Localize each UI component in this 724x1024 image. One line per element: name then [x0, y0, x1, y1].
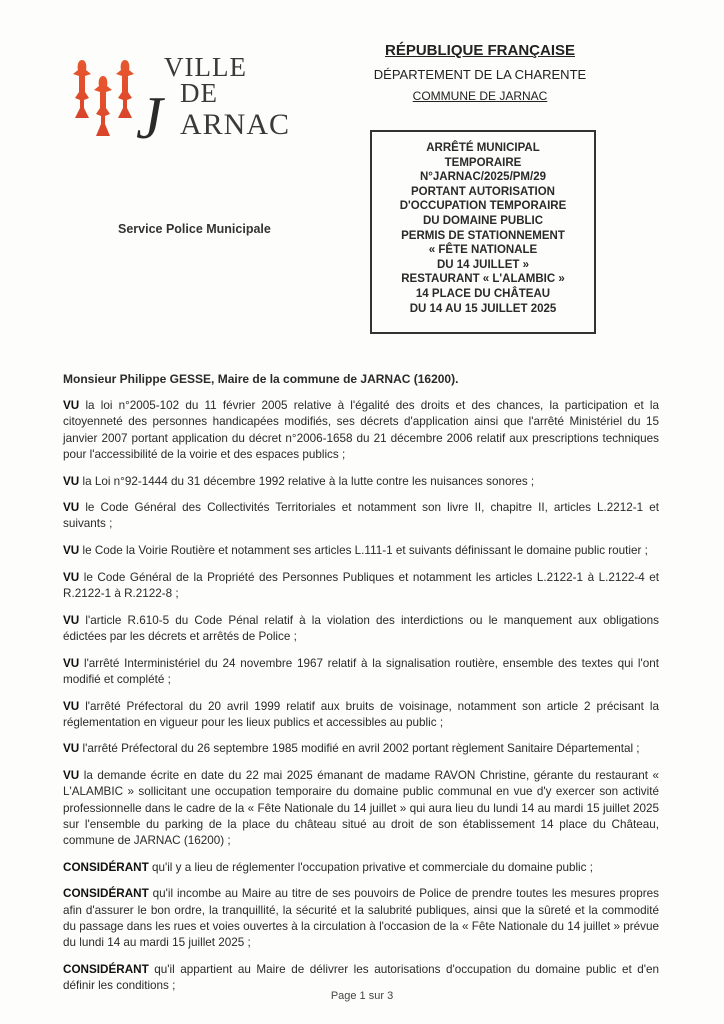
- title-line: ARRÊTÉ MUNICIPAL: [372, 141, 594, 156]
- service-name: Service Police Municipale: [118, 222, 271, 236]
- title-line: PERMIS DE STATIONNEMENT: [372, 229, 594, 244]
- visa-paragraph: VU la loi n°2005-102 du 11 février 2005 …: [63, 398, 659, 463]
- title-line: 14 PLACE DU CHÂTEAU: [372, 287, 594, 302]
- document-body: Monsieur Philippe GESSE, Maire de la com…: [63, 371, 659, 1005]
- title-line: DU 14 AU 15 JUILLET 2025: [372, 302, 594, 317]
- ville-de-jarnac-logo: VILLE DE J ARNAC: [70, 48, 270, 148]
- visa-paragraph: VU la demande écrite en date du 22 mai 2…: [63, 768, 659, 849]
- paragraph-lead: VU: [63, 657, 79, 670]
- paragraph-text: la Loi n°92-1444 du 31 décembre 1992 rel…: [79, 475, 534, 488]
- considerant-paragraph: CONSIDÉRANT qu'il y a lieu de réglemente…: [63, 860, 659, 876]
- paragraph-text: le Code Général des Collectivités Territ…: [63, 501, 659, 530]
- paragraph-lead: VU: [63, 475, 79, 488]
- paragraph-lead: CONSIDÉRANT: [63, 887, 149, 900]
- paragraph-text: le Code Général de la Propriété des Pers…: [63, 571, 659, 600]
- paragraph-lead: VU: [63, 544, 79, 557]
- visa-paragraph: VU le Code Général de la Propriété des P…: [63, 570, 659, 602]
- logo-arnac-text: ARNAC: [180, 108, 290, 142]
- departement-heading: DÉPARTEMENT DE LA CHARENTE: [330, 67, 630, 82]
- republique-heading: RÉPUBLIQUE FRANÇAISE: [330, 42, 630, 59]
- visa-paragraph: VU l'article R.610-5 du Code Pénal relat…: [63, 613, 659, 645]
- header-block: RÉPUBLIQUE FRANÇAISE DÉPARTEMENT DE LA C…: [330, 42, 630, 103]
- paragraph-lead: CONSIDÉRANT: [63, 963, 149, 976]
- considerant-paragraph: CONSIDÉRANT qu'il incombe au Maire au ti…: [63, 886, 659, 951]
- logo-de-text: DE: [180, 78, 218, 109]
- title-line: « FÊTE NATIONALE: [372, 243, 594, 258]
- visa-paragraph: VU le Code la Voirie Routière et notamme…: [63, 543, 659, 559]
- maire-statement: Monsieur Philippe GESSE, Maire de la com…: [63, 371, 659, 387]
- visa-paragraph: VU l'arrêté Interministériel du 24 novem…: [63, 656, 659, 688]
- paragraph-lead: VU: [63, 571, 79, 584]
- paragraph-text: qu'il appartient au Maire de délivrer le…: [63, 963, 659, 992]
- visa-paragraph: VU l'arrêté Préfectoral du 20 avril 1999…: [63, 699, 659, 731]
- title-line: TEMPORAIRE: [372, 156, 594, 171]
- paragraph-text: l'arrêté Interministériel du 24 novembre…: [63, 657, 659, 686]
- paragraph-lead: CONSIDÉRANT: [63, 861, 149, 874]
- arrete-title-box: ARRÊTÉ MUNICIPAL TEMPORAIRE N°JARNAC/202…: [370, 130, 596, 334]
- title-line: RESTAURANT « L'ALAMBIC »: [372, 272, 594, 287]
- visa-paragraph: VU l'arrêté Préfectoral du 26 septembre …: [63, 741, 659, 757]
- paragraph-text: l'article R.610-5 du Code Pénal relatif …: [63, 614, 659, 643]
- paragraph-text: le Code la Voirie Routière et notamment …: [79, 544, 648, 557]
- logo-initial-j: J: [136, 88, 163, 148]
- paragraph-text: la demande écrite en date du 22 mai 2025…: [63, 769, 659, 847]
- paragraph-lead: VU: [63, 501, 79, 514]
- paragraph-text: l'arrêté Préfectoral du 26 septembre 198…: [79, 742, 639, 755]
- paragraph-lead: VU: [63, 742, 79, 755]
- paragraph-text: qu'il y a lieu de réglementer l'occupati…: [149, 861, 593, 874]
- paragraph-text: qu'il incombe au Maire au titre de ses p…: [63, 887, 659, 949]
- paragraph-text: la loi n°2005-102 du 11 février 2005 rel…: [63, 399, 659, 461]
- title-line: N°JARNAC/2025/PM/29: [372, 170, 594, 185]
- paragraph-lead: VU: [63, 399, 79, 412]
- page-number: Page 1 sur 3: [0, 990, 724, 1002]
- title-line: DU 14 JUILLET »: [372, 258, 594, 273]
- paragraph-lead: VU: [63, 700, 79, 713]
- paragraph-lead: VU: [63, 769, 79, 782]
- commune-heading: COMMUNE DE JARNAC: [330, 89, 630, 103]
- title-line: D'OCCUPATION TEMPORAIRE: [372, 199, 594, 214]
- title-line: DU DOMAINE PUBLIC: [372, 214, 594, 229]
- visa-paragraph: VU le Code Général des Collectivités Ter…: [63, 500, 659, 532]
- paragraph-lead: VU: [63, 614, 79, 627]
- title-line: PORTANT AUTORISATION: [372, 185, 594, 200]
- visa-paragraph: VU la Loi n°92-1444 du 31 décembre 1992 …: [63, 474, 659, 490]
- paragraph-text: l'arrêté Préfectoral du 20 avril 1999 re…: [63, 700, 659, 729]
